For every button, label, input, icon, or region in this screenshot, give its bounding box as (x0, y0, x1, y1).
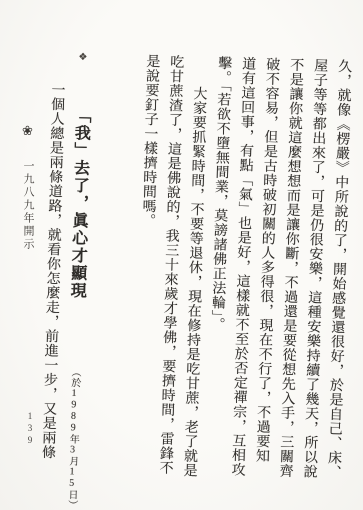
edition-label: ❀ 一九八九年開示 (20, 124, 36, 251)
flower-ornament-icon: ❀ (21, 124, 36, 139)
edition-year-text: 一九八九年開示 (22, 160, 34, 251)
text-block: 久，就像《楞嚴》中所說的了，開始感覺還很好，於是自己、床、 屋子等等都出來了，可… (35, 51, 356, 479)
book-page: 久，就像《楞嚴》中所說的了，開始感覺還很好，於是自己、床、 屋子等等都出來了，可… (0, 0, 363, 510)
section-title: 「我」去了，眞心才顯現 (68, 106, 90, 299)
section-date: （於1989年3月15日） (66, 366, 81, 510)
section-diamond-icon: ❖ (77, 52, 88, 63)
page-number: 139 (25, 411, 35, 447)
